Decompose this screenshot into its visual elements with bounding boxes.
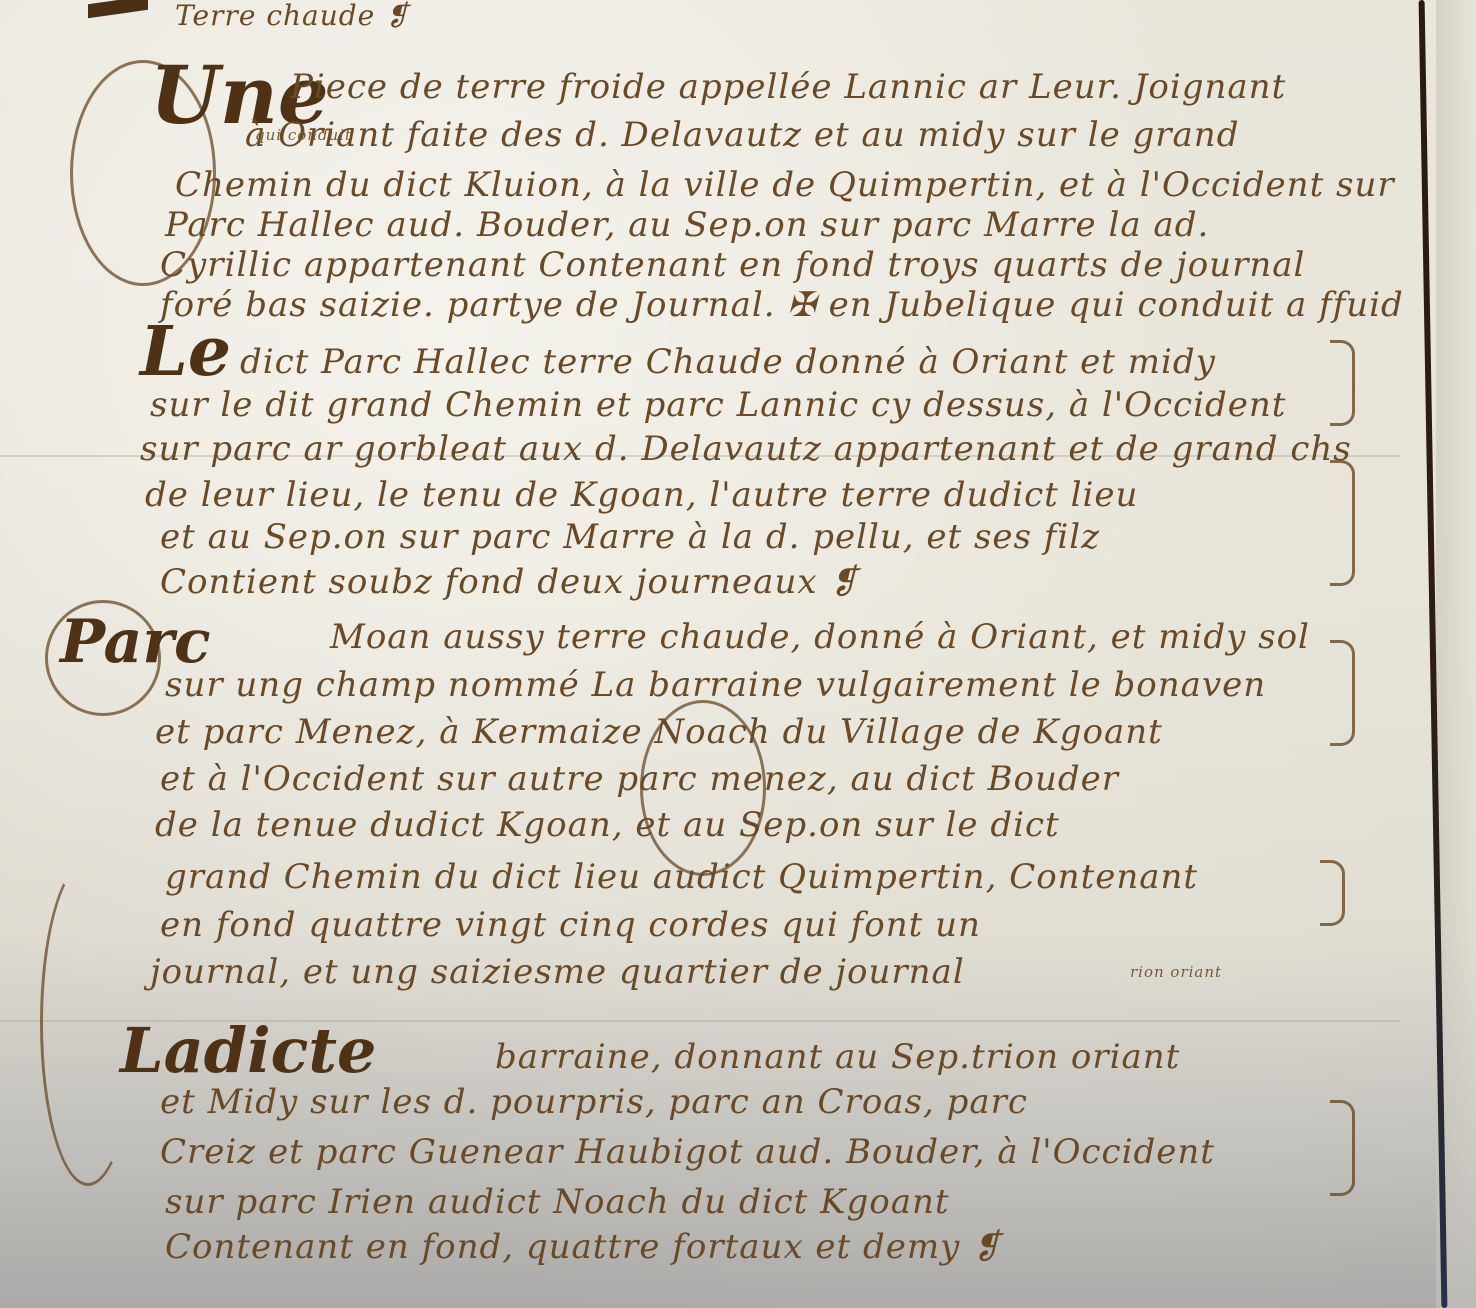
manuscript-line: de leur lieu, le tenu de Kgoan, l'autre …	[145, 478, 1138, 512]
manuscript-line: Contient soubz fond deux journeaux ❡	[160, 565, 859, 599]
interlinear-note: rion oriant	[1130, 965, 1222, 980]
initial-capital: Ladicte	[120, 1020, 377, 1082]
manuscript-line: Contenant en fond, quattre fortaux et de…	[165, 1230, 1002, 1264]
margin-bracket	[1330, 460, 1355, 586]
manuscript-line: sur parc Irien audict Noach du dict Kgoa…	[165, 1185, 950, 1219]
manuscript-line: Cyrillic appartenant Contenant en fond t…	[160, 248, 1305, 282]
manuscript-line: Piece de terre froide appellée Lannic ar…	[290, 70, 1286, 104]
manuscript-line: et Midy sur les d. pourpris, parc an Cro…	[160, 1085, 1028, 1119]
ink-flourish-top	[88, 0, 148, 18]
manuscript-line: et à l'Occident sur autre parc menez, au…	[160, 762, 1119, 796]
manuscript-line: Creiz et parc Guenear Haubigot aud. Boud…	[160, 1135, 1215, 1169]
margin-bracket	[1330, 640, 1355, 746]
manuscript-line: Terre chaude ❡	[175, 2, 410, 30]
manuscript-line: de la tenue dudict Kgoan, et au Sep.on s…	[155, 808, 1060, 842]
manuscript-line: et parc Menez, à Kermaize Noach du Villa…	[155, 715, 1163, 749]
manuscript-line: barraine, donnant au Sep.trion oriant	[495, 1040, 1180, 1074]
manuscript-line: dict Parc Hallec terre Chaude donné à Or…	[240, 345, 1216, 379]
manuscript-line: sur ung champ nommé La barraine vulgaire…	[165, 668, 1266, 702]
manuscript-line: en fond quattre vingt cinq cordes qui fo…	[160, 908, 981, 942]
margin-bracket	[1330, 1100, 1355, 1196]
initial-capital: Le	[140, 318, 231, 386]
manuscript-line: Parc Hallec aud. Bouder, au Sep.on sur p…	[165, 208, 1209, 242]
manuscript-line: Moan aussy terre chaude, donné à Oriant,…	[330, 620, 1310, 654]
manuscript-line: sur le dit grand Chemin et parc Lannic c…	[150, 388, 1286, 422]
manuscript-line: et au Sep.on sur parc Marre à la d. pell…	[160, 520, 1100, 554]
manuscript-line: Chemin du dict Kluion, à la ville de Qui…	[175, 168, 1395, 202]
manuscript-line: sur parc ar gorbleat aux d. Delavautz ap…	[140, 432, 1352, 466]
margin-bracket	[1320, 860, 1345, 926]
manuscript-line: à Oriant faite des d. Delavautz et au mi…	[245, 118, 1239, 152]
manuscript-line: foré bas saizie. partye de Journal. ✠ en…	[160, 288, 1404, 322]
margin-bracket	[1330, 340, 1355, 426]
interlinear-note: qui conduit	[255, 128, 352, 143]
manuscript-page: Terre chaude ❡ Une Piece de terre froide…	[0, 0, 1476, 1308]
manuscript-line: journal, et ung saiziesme quartier de jo…	[150, 955, 965, 989]
initial-capital: Parc	[60, 612, 211, 672]
manuscript-line: grand Chemin du dict lieu audict Quimper…	[165, 860, 1198, 894]
